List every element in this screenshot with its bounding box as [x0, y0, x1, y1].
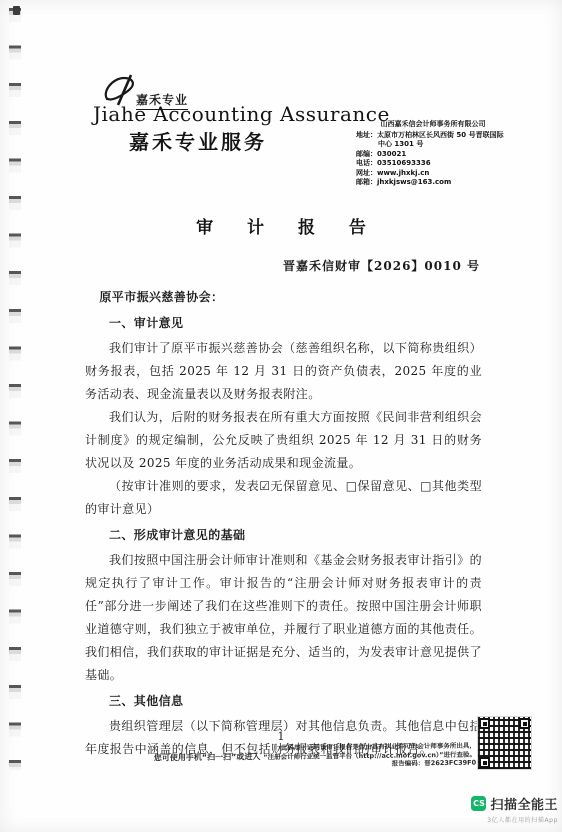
camscanner-slogan: 3亿人都在用的扫描App	[471, 815, 558, 824]
verification-note: 此码用于证明该审计报告是否由具有执业许可的会计师事务所出具， “注册会计师行业统…	[263, 742, 476, 770]
section-1-paragraph: 我们认为，后附的财务报表在所有重大方面按照《民间非营利组织会计制度》的规定编制，…	[85, 406, 482, 475]
scanned-audit-report-page: 嘉禾专业 Jiahe Accounting Assurance 嘉禾专业服务 山…	[0, 0, 562, 832]
firm-phone: 电话：03510693336	[356, 159, 510, 169]
firm-email: 邮箱：jhxkjsws@163.com	[356, 178, 510, 188]
section-2-heading: 二、形成审计意见的基础	[85, 524, 482, 547]
firm-address: 地址：太原市万柏林区长风西街 50 号晋联国际中心 1301 号	[356, 131, 510, 150]
binding-hole-marks	[9, 8, 21, 770]
section-1-opinion-checkboxes: （按审计准则的要求，发表☑无保留意见、□保留意见、□其他类型的审计意见）	[85, 475, 482, 521]
firm-chinese-name: 嘉禾专业服务	[129, 126, 267, 155]
verification-qr-code	[478, 717, 531, 769]
section-1-heading: 一、审计意见	[85, 312, 482, 335]
camscanner-icon: CS	[471, 796, 486, 811]
section-2-paragraph: 我们按照中国注册会计师审计准则和《基金会财务报表审计指引》的规定执行了审计工作。…	[85, 549, 482, 687]
section-3-heading: 三、其他信息	[85, 690, 482, 713]
report-reference-number: 晋嘉禾信财审【2026】0010 号	[283, 257, 480, 274]
camscanner-app-name: 扫描全能王	[490, 794, 558, 813]
firm-website: 网址：www.jhxkj.cn	[356, 169, 510, 179]
scan-hint-text: 您可使用手机“扫一扫”或进入	[154, 751, 261, 763]
qr-finder-icon	[479, 757, 490, 768]
qr-finder-icon	[519, 718, 530, 729]
report-body: 原平市振兴慈善协会： 一、审计意见 我们审计了原平市振兴慈善协会（慈善组织名称，…	[85, 286, 482, 761]
firm-legal-name: 山西嘉禾信会计师事务所有限公司	[356, 120, 510, 130]
binding-hole-mark-top	[13, 6, 20, 15]
verification-footer: 您可使用手机“扫一扫”或进入 此码用于证明该审计报告是否由具有执业许可的会计师事…	[84, 742, 476, 772]
firm-contact-block: 山西嘉禾信会计师事务所有限公司 地址：太原市万柏林区长风西街 50 号晋联国际中…	[356, 120, 510, 188]
camscanner-watermark: CS 扫描全能王 3亿人都在用的扫描App	[471, 794, 558, 824]
qr-finder-icon	[479, 718, 490, 729]
section-1-paragraph: 我们审计了原平市振兴慈善协会（慈善组织名称，以下简称贵组织）财务报表，包括 20…	[85, 337, 482, 406]
report-title: 审 计 报 告	[0, 213, 562, 238]
firm-english-name: Jiahe Accounting Assurance	[93, 102, 390, 126]
firm-postcode: 邮编：030021	[356, 150, 510, 160]
addressee: 原平市振兴慈善协会：	[85, 286, 482, 309]
